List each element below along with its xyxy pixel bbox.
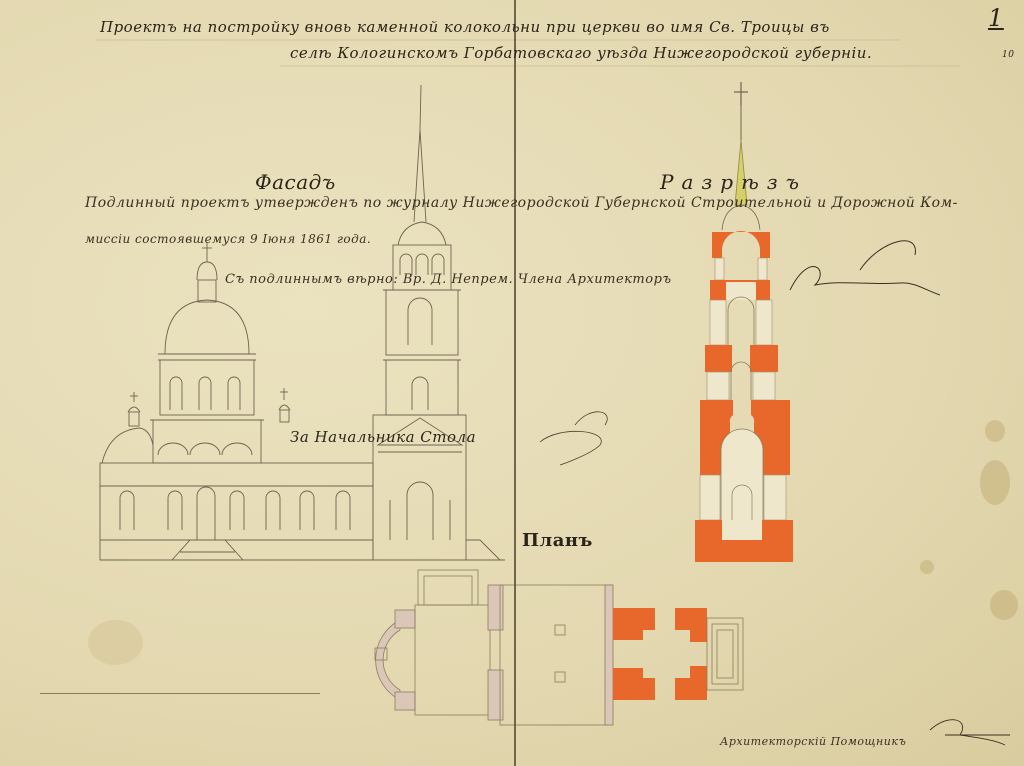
- signature-assistant: [930, 720, 1010, 745]
- signature-architect: [790, 241, 940, 295]
- drawing-sheet: Проектъ на постройку вновь каменной коло…: [0, 0, 1024, 766]
- signature-head-of-table: [540, 412, 607, 465]
- signatures-layer: [0, 0, 1024, 766]
